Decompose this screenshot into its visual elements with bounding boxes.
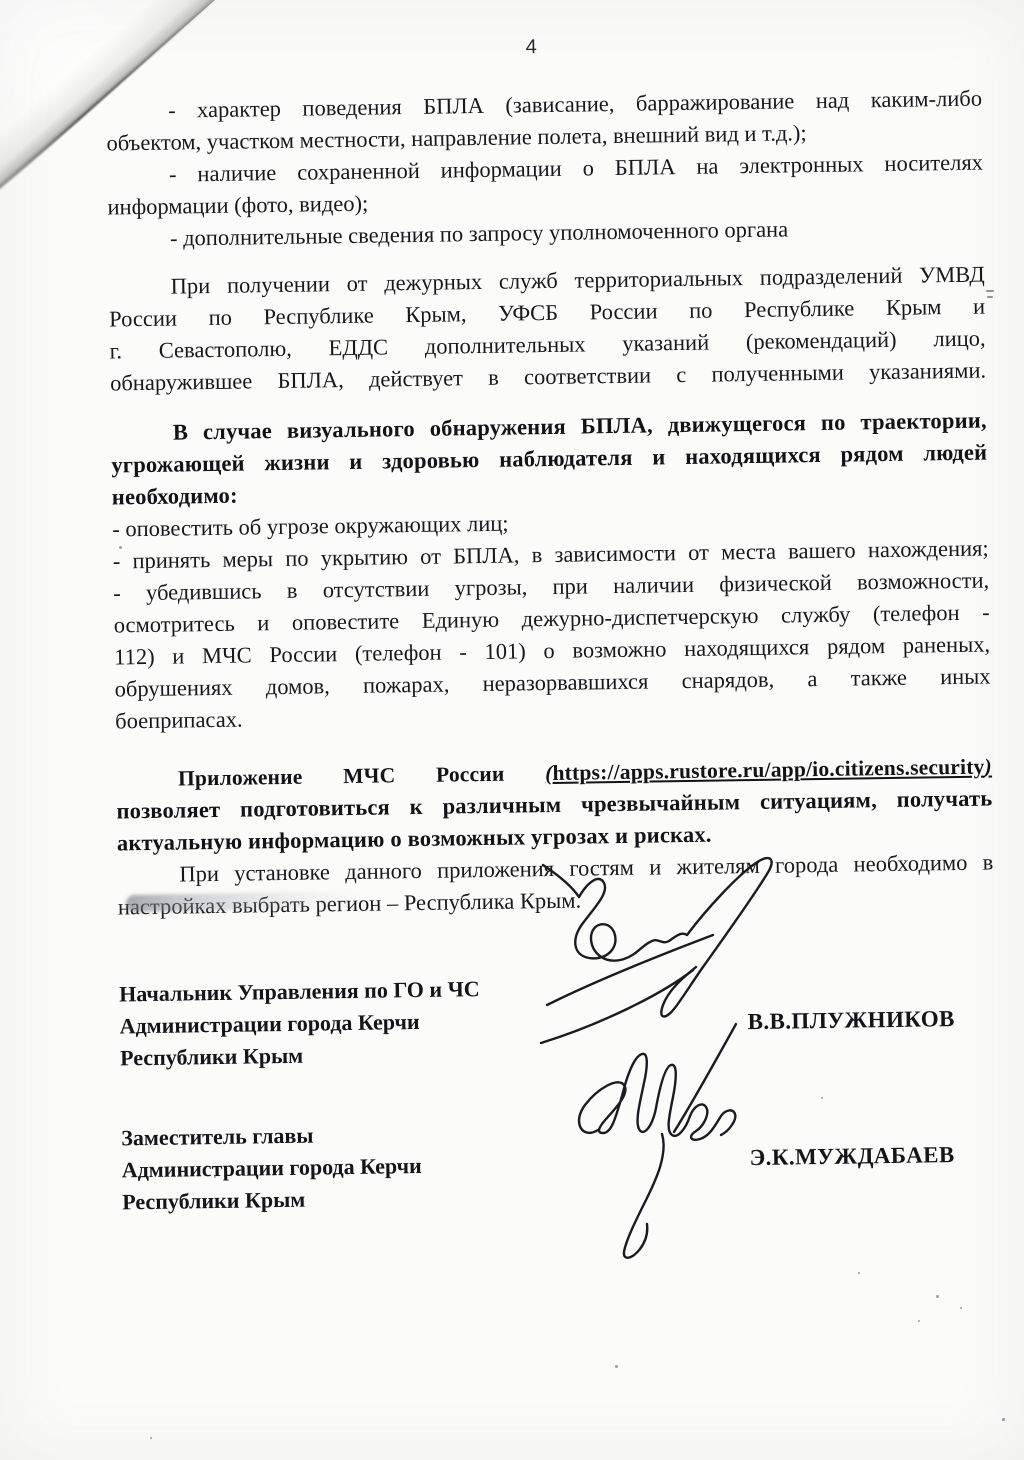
app-store-link[interactable]: https://apps.rustore.ru/app/io.citizens.… [552,755,984,785]
signatory-row: Заместитель главыАдминистрации города Ке… [121,1109,998,1218]
paper-speckle [960,1307,962,1309]
scan-artifact-dash [987,296,993,298]
document-content: 4 - характер поведения БПЛА (зависание, … [105,30,998,1219]
scan-artifact-dash [986,290,994,292]
text-segment: Приложение МЧС России [178,761,546,790]
scanned-document-page: 4 - характер поведения БПЛА (зависание, … [0,0,1024,1460]
paper-speckle [858,1272,860,1274]
paragraph: При получении от дежурных служб территор… [108,259,986,400]
paper-speckle [918,1320,920,1322]
text-segment: ) [984,754,992,778]
paragraph: - убедившись в отсутствии угрозы, при на… [113,564,991,737]
signatory-name: Э.К.МУЖДАБАЕВ [749,1142,954,1171]
signature-section: Начальник Управления по ГО и ЧСАдминистр… [119,965,998,1218]
signatory-row: Начальник Управления по ГО и ЧСАдминистр… [119,965,996,1074]
document-blocks: - характер поведения БПЛА (зависание, ба… [106,83,994,924]
paper-speckle [1002,1418,1005,1421]
signatory-name: В.В.ПЛУЖНИКОВ [747,1006,955,1035]
paper-speckle [615,1365,618,1368]
paragraph: При установке данного приложения гостям … [117,846,994,923]
paragraph: В случае визуального обнаружения БПЛА, д… [111,405,988,514]
paper-speckle [936,1295,939,1298]
paragraph: Приложение МЧС России (https://apps.rust… [116,750,993,859]
paper-speckle [150,1437,152,1439]
page-number: 4 [93,30,969,66]
